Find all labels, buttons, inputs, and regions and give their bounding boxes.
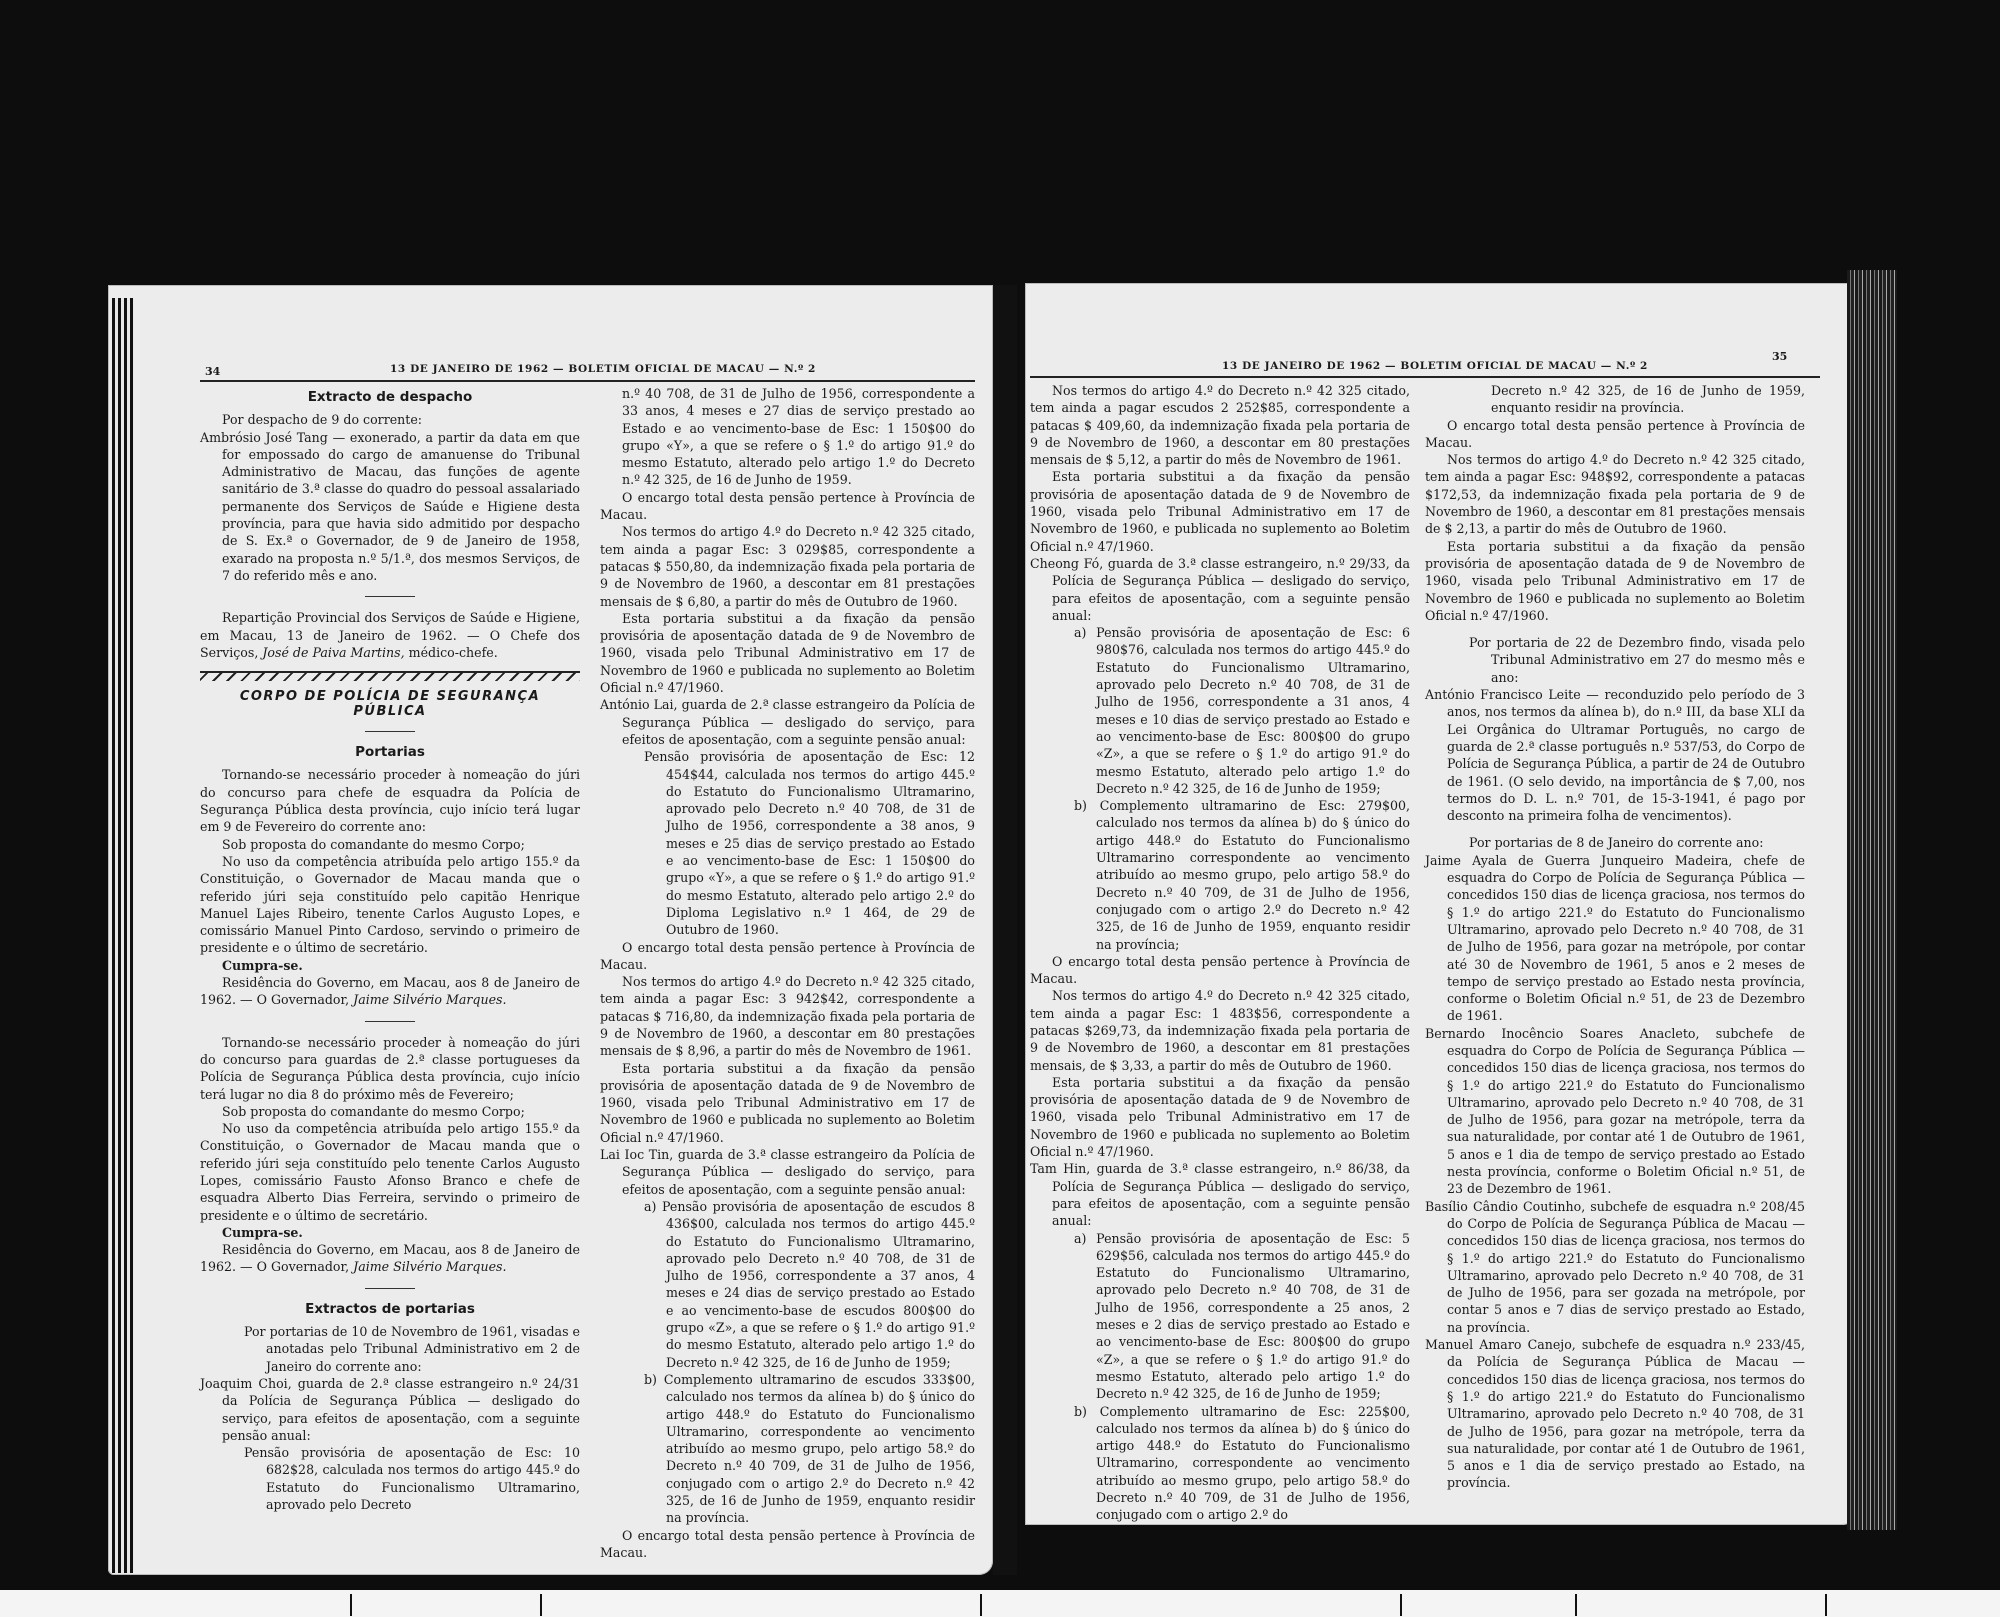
heading-portarias: Portarias — [200, 744, 580, 761]
madeira-entry: Jaime Ayala de Guerra Junqueiro Madeira,… — [1425, 852, 1805, 1025]
tin-termos: Nos termos do artigo 4.º do Decreto n.º … — [1030, 382, 1410, 468]
portaria2-cumpra: Cumpra-se. — [200, 1224, 580, 1241]
ornamental-divider — [200, 671, 580, 681]
strip-mark — [540, 1594, 542, 1616]
left-page-column-2: n.º 40 708, de 31 de Julho de 1956, corr… — [600, 385, 975, 1561]
heading-extractos-portarias: Extractos de portarias — [200, 1301, 580, 1318]
right-page-number: 35 — [1772, 350, 1787, 363]
hin-b-cont: Decreto n.º 42 325, de 16 de Junho de 19… — [1425, 382, 1805, 417]
divider — [365, 731, 415, 732]
left-page-edge — [112, 298, 134, 1573]
choi-pensao: Pensão provisória de aposentação de Esc:… — [222, 1444, 580, 1513]
divider — [365, 596, 415, 597]
right-page-column-1: Nos termos do artigo 4.º do Decreto n.º … — [1030, 382, 1410, 1524]
lai-entry: António Lai, guarda de 2.ª classe estran… — [600, 696, 975, 748]
right-page-edge — [1847, 270, 1897, 1530]
fo-item-b: b) Complemento ultramarino de Esc: 279$0… — [1030, 797, 1410, 953]
strip-mark — [350, 1594, 352, 1616]
lai-pensao: Pensão provisória de aposentação de Esc:… — [622, 748, 975, 938]
leite-entry: António Francisco Leite — reconduzido pe… — [1425, 686, 1805, 824]
hin-entry: Tam Hin, guarda de 3.ª classe estrangeir… — [1030, 1160, 1410, 1229]
strip-mark — [1825, 1594, 1827, 1616]
lai-termos: Nos termos do artigo 4.º do Decreto n.º … — [600, 973, 975, 1059]
left-running-head: 13 DE JANEIRO DE 1962 — BOLETIM OFICIAL … — [390, 363, 816, 375]
fo-entry: Cheong Fó, guarda de 3.ª classe estrange… — [1030, 555, 1410, 624]
hin-substitui: Esta portaria substitui a da fixação da … — [1425, 538, 1805, 624]
divider — [365, 1288, 415, 1289]
header-rule — [1030, 376, 1820, 378]
lai-substitui: Esta portaria substitui a da fixação da … — [600, 1060, 975, 1146]
left-page-number: 34 — [205, 365, 220, 378]
leite-intro: Por portaria de 22 de Dezembro findo, vi… — [1447, 634, 1805, 686]
extractos-intro: Por portarias de 10 de Novembro de 1961,… — [222, 1323, 580, 1375]
hin-encargo: O encargo total desta pensão pertence à … — [1425, 417, 1805, 452]
choi-cont: n.º 40 708, de 31 de Julho de 1956, corr… — [600, 385, 975, 489]
tin-item-b: b) Complemento ultramarino de escudos 33… — [600, 1371, 975, 1527]
canejo-entry: Manuel Amaro Canejo, subchefe de esquadr… — [1425, 1336, 1805, 1492]
portaria1-p3: No uso da competência atribuída pelo art… — [200, 853, 580, 957]
strip-mark — [1400, 1594, 1402, 1616]
portaria2-residencia: Residência do Governo, em Macau, aos 8 d… — [200, 1241, 580, 1276]
fo-substitui: Esta portaria substitui a da fixação da … — [1030, 1074, 1410, 1160]
left-page-column-1: Extracto de despacho Por despacho de 9 d… — [200, 385, 580, 1513]
despacho-intro: Por despacho de 9 do corrente: — [200, 411, 580, 428]
hin-item-b: b) Complemento ultramarino de Esc: 225$0… — [1030, 1403, 1410, 1524]
choi-substitui: Esta portaria substitui a da fixação da … — [600, 610, 975, 696]
strip-mark — [1575, 1594, 1577, 1616]
portaria2-p2: Sob proposta do comandante do mesmo Corp… — [200, 1103, 580, 1120]
tin-item-a: a) Pensão provisória de aposentação de e… — [600, 1198, 975, 1371]
fo-item-a: a) Pensão provisória de aposentação de E… — [1030, 624, 1410, 797]
portaria1-cumpra: Cumpra-se. — [200, 957, 580, 974]
tin-encargo: O encargo total desta pensão pertence à … — [600, 1527, 975, 1562]
divider — [365, 1021, 415, 1022]
portaria2-p3: No uso da competência atribuída pelo art… — [200, 1120, 580, 1224]
heading-extracto-despacho: Extracto de despacho — [200, 389, 580, 406]
right-page-column-2: Decreto n.º 42 325, de 16 de Junho de 19… — [1425, 382, 1805, 1492]
fo-encargo: O encargo total desta pensão pertence à … — [1030, 953, 1410, 988]
choi-encargo: O encargo total desta pensão pertence à … — [600, 489, 975, 524]
book-gutter — [993, 285, 1017, 1575]
hin-item-a: a) Pensão provisória de aposentação de E… — [1030, 1230, 1410, 1403]
portaria2-p1: Tornando-se necessário proceder à nomeaç… — [200, 1034, 580, 1103]
portaria1-p1: Tornando-se necessário proceder à nomeaç… — [200, 766, 580, 835]
fo-termos: Nos termos do artigo 4.º do Decreto n.º … — [1030, 987, 1410, 1073]
choi-termos: Nos termos do artigo 4.º do Decreto n.º … — [600, 523, 975, 609]
anacleto-entry: Bernardo Inocêncio Soares Anacleto, subc… — [1425, 1025, 1805, 1198]
choi-entry: Joaquim Choi, guarda de 2.ª classe estra… — [200, 1375, 580, 1444]
right-running-head: 13 DE JANEIRO DE 1962 — BOLETIM OFICIAL … — [1222, 360, 1648, 372]
header-rule — [200, 380, 975, 382]
hin-termos: Nos termos do artigo 4.º do Decreto n.º … — [1425, 451, 1805, 537]
portaria1-p2: Sob proposta do comandante do mesmo Corp… — [200, 836, 580, 853]
coutinho-entry: Basílio Cândio Coutinho, subchefe de esq… — [1425, 1198, 1805, 1336]
lai-encargo: O encargo total desta pensão pertence à … — [600, 939, 975, 974]
reparticao-signature: Repartição Provincial dos Serviços de Sa… — [200, 609, 580, 661]
tin-entry: Lai Ioc Tin, guarda de 3.ª classe estran… — [600, 1146, 975, 1198]
strip-mark — [980, 1594, 982, 1616]
jan-intro: Por portarias de 8 de Janeiro do corrent… — [1425, 834, 1805, 851]
tin-substitui: Esta portaria substitui a da fixação da … — [1030, 468, 1410, 554]
section-title: CORPO DE POLÍCIA DE SEGURANÇA PÚBLICA — [200, 689, 580, 719]
portaria1-residencia: Residência do Governo, em Macau, aos 8 d… — [200, 974, 580, 1009]
scanner-bottom-strip — [0, 1590, 2000, 1617]
despacho-body: Ambrósio José Tang — exonerado, a partir… — [200, 429, 580, 585]
